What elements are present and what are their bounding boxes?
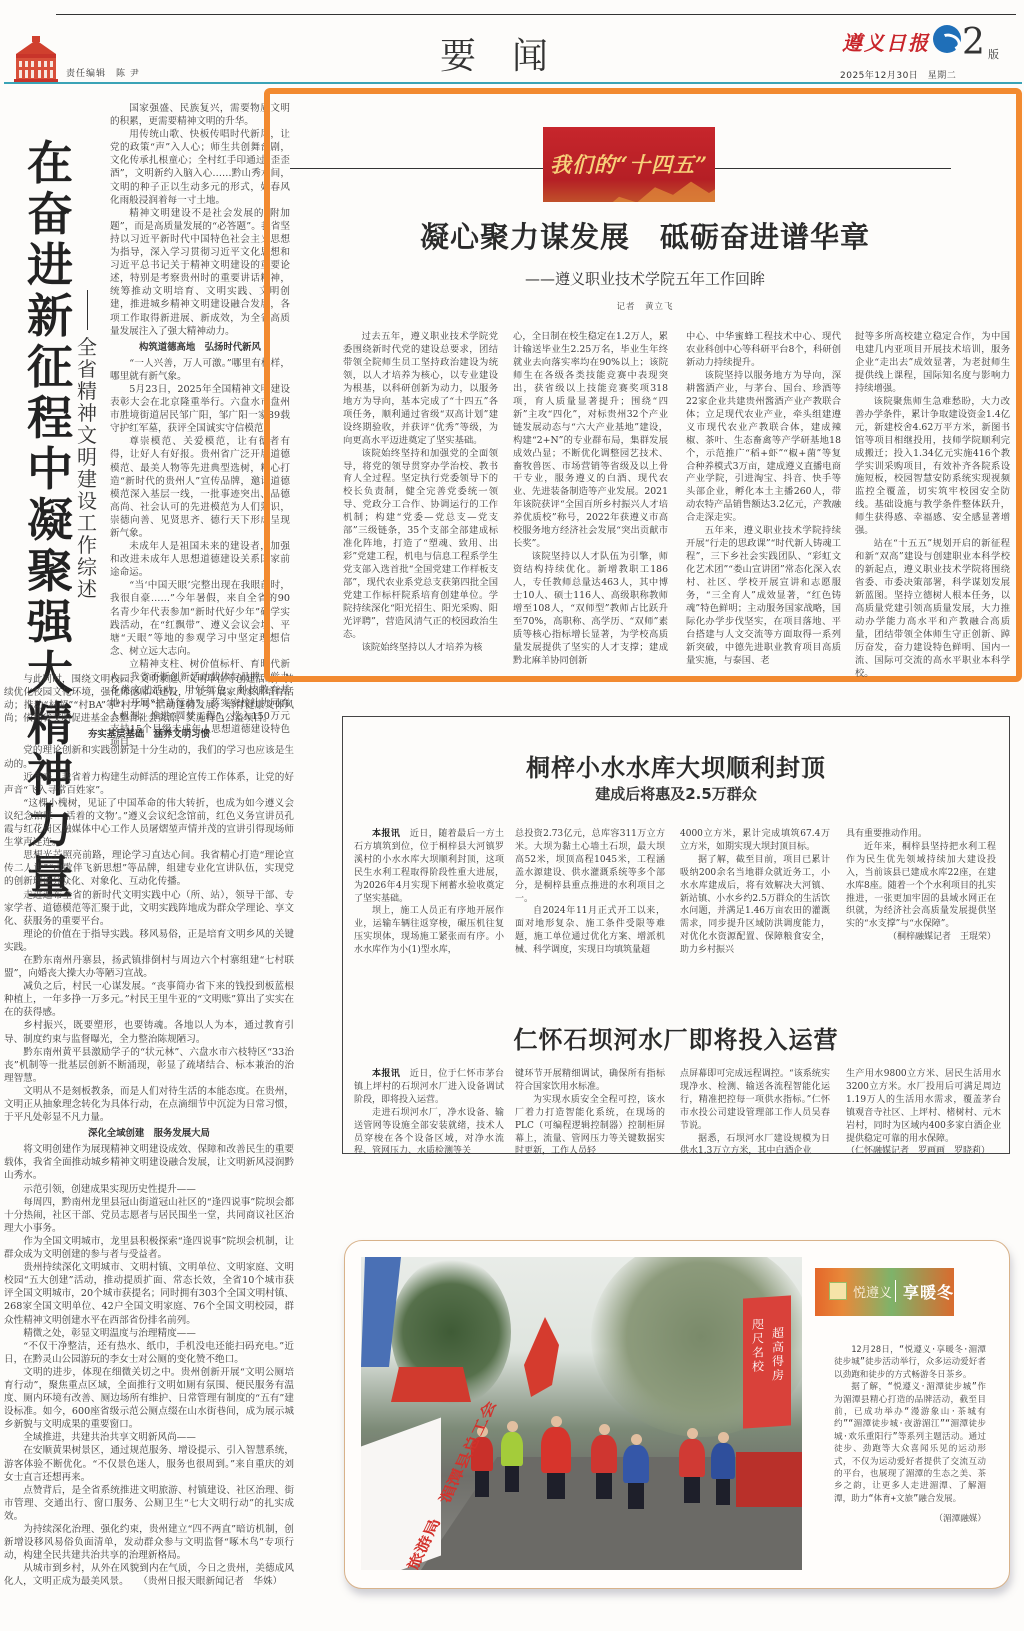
subtitle-char: 神 [74,402,100,424]
photo-credit: （湄潭融媒） [834,1513,986,1525]
paragraph: 与此同时，围绕文明校园、文明家庭、文明单位等创建活动，持续优化校园文化环境，强化… [4,673,294,725]
paragraph: 4000立方米，累计完成填筑67.4万立方米，如期实现大坝封顶目标。 [680,828,830,854]
newspaper-brand-logo-icon [933,25,961,53]
left-article-body-lower: 与此同时，围绕文明校园、文明家庭、文明单位等创建活动，持续优化校园文化环境，强化… [4,673,294,1588]
masthead-bottom-rule [4,82,1022,84]
banner-text: 超高得房 [771,1326,785,1383]
series-banner-label: 我们的“十四五” [543,149,715,179]
paragraph: 理论的价值在于指导实践。移风易俗，正是培育文明乡风的关键实践。 [4,928,294,954]
paragraph: “当‘中国天眼’完整出现在我眼前时，我很自豪……”今年暑假，来自全省的90名青少… [110,579,290,658]
page-number-suffix: 版 [988,46,999,62]
paragraph: 用传统山歌、快板传唱时代新风，让党的政策“声”入人心；师生共创舞台剧，文化传承扎… [110,128,290,207]
series-rule-right [715,168,951,169]
paragraph: 点赞背后，是全省系统推进文明旅游、村镇建设、社区治理、街市管理、交通出行、窗口服… [4,1484,294,1523]
paragraph: “一人兴善，万人可激。”哪里有榜样，哪里就有新气象。 [110,357,290,383]
subtitle-char: 工 [74,512,100,534]
paragraph: 据悉，石坝河水厂建设规模为日供水1.3万立方米，其中白酒企业 [680,1133,830,1159]
renhuai-column-1: 本报讯 近日，位于仁怀市茅台镇上坪村的石坝河水厂进入设备调试阶段，即将投入运营。… [354,1068,504,1158]
masthead: 责任编辑 陈 尹 要闻 遵义日报 2 版 2025年12月30日 星期二 [0,0,1024,86]
paragraph: 键环节开展精细调试，确保所有指标符合国家饮用水标准。 [515,1068,665,1094]
paragraph: 心，全日制在校生稳定在1.2万人，累计输送毕业生2.25万名，毕业生年终就业去向… [513,331,668,551]
featured-byline: 记者 黄立飞 [270,300,1020,312]
paragraph: 该院坚持以人才队伍为引擎，师资结构持续优化。新增教职工186人，专任教师总量达4… [513,551,668,668]
headline-char: 奋 [22,189,78,240]
paragraph: 为实现水质安全全程可控，该水厂着力打造智能化系统，在现场的PLC（可编程逻辑控制… [515,1094,665,1159]
paragraph: 过去五年，遵义职业技术学院党委围绕新时代党的建设总要求，团结带领全院师生员工坚持… [343,331,498,448]
section-heading: 夯实基层基础 涵养文明习惯 [4,728,294,741]
featured-column-2: 心，全日制在校生稳定在1.2万人，累计输送毕业生2.25万名，毕业生年终就业去向… [513,331,668,668]
paragraph: 五年来，遵义职业技术学院持续开展“行走的思政课”“时代新人铸魂工程”，三下乡社会… [686,525,841,667]
runner-figure [541,1427,571,1473]
paragraph: 5月23日，2025年全国精神文明建设表彰大会在北京隆重举行。六盘水市盘州市胜境… [110,383,290,435]
paragraph: 走进石坝河水厂，净水设备、输送管网等设施全部安装就绪，技术人员穿梭在各个设备区域… [354,1107,504,1159]
paragraph: 全域推进，共建共治共享文明新风尚—— [4,1431,294,1444]
paragraph: 总投资2.73亿元，总库容311万立方米。大坝为黏土心墙土石坝，最大坝高52米，… [515,828,665,905]
renhuai-column-2: 键环节开展精细调试，确保所有指标符合国家饮用水标准。 为实现水质安全全程可控，该… [515,1068,665,1158]
paragraph: 坝上，施工人员正有序地开展作业，运输车辆往返穿梭，碾压机往复压实坝体，现场施工紧… [354,905,504,957]
paragraph: 从城市到乡村，从外在风貌到内在气质，今日之贵州，美德成风化人，文明正成为最美风景… [4,1562,294,1588]
section-heading: 深化全域创建 服务发展大局 [4,1127,294,1140]
paragraph: 自2024年11月正式开工以来，面对地形复杂、施工条件受限等难题，施工单位通过优… [515,905,665,957]
paragraph: 挝等多所高校建立稳定合作，为中国电建几内亚项目开展技术培训，服务企业“走出去”成… [855,331,1010,396]
runner-figure [591,1435,617,1473]
paragraph: 据了解，截至目前，项目已累计吸纳200余名当地群众就近务工，小水水库建成后，将有… [680,854,830,957]
paragraph: 黔东南州黄平县激励学子的“状元林”、六盘水市六枝特区“33治丧”机制等一批基层创… [4,1046,294,1085]
masthead-top-rule [56,14,1016,15]
red-flag-icon [524,1317,559,1397]
subtitle-dash [87,290,88,330]
event-signboard: 旅游局 湄潭县总工会 [361,1417,441,1570]
issue-date: 2025年12月30日 星期二 [840,68,956,81]
paragraph: 近日，随着最后一方土石方填筑到位，位于桐梓县大河镇罗溪村的小水水库大坝顺利封顶，… [354,829,504,904]
subtitle-char: 文 [74,424,100,446]
newspaper-brand-name: 遵义日报 [842,27,930,56]
paragraph: 近年来，桐梓县坚持把水利工程作为民生优先领域持续加大建设投入，当前该县已建成水库… [846,841,996,931]
tongzi-headline: 桐梓小水水库大坝顺利封顶 [342,748,1010,783]
headline-char: 征 [22,342,78,393]
series-banner: 我们的“十四五” [543,127,715,202]
reporter-credit: （仁怀融媒记者 罗画画 罗晓莉） [846,1145,1001,1158]
subtitle-char: 述 [74,578,100,600]
series-rule-left [290,168,543,169]
featured-subheadline: ——遵义职业技术学院五年工作回眸 [270,268,1020,289]
subtitle-char: 省 [74,358,100,380]
paragraph: 该院始终坚持和加强党的全面领导，将党的领导贯穿办学治校、教书育人全过程。坚定执行… [343,448,498,642]
yue-zunyi-logo-icon [829,1282,847,1300]
photo-feature-caption: 12月28日，“悦遵义·享暖冬·湄潭徒步城”徒步活动举行，众多运动爱好者以劲跑和… [834,1344,986,1526]
featured-headline: 凝心聚力谋发展 砥砺奋进谱华章 [270,215,1020,256]
badge-city: 悦遵义 [853,1282,892,1301]
tongzi-subheadline: 建成后将惠及2.5万群众 [342,783,1010,804]
red-tent-icon [391,1367,471,1402]
headline-char: 程 [22,393,78,444]
paragraph: “这棵小槐树，见证了中国革命的伟大转折，也成为如今遵义会议纪念馆唯一‘活着的文物… [4,797,294,849]
paragraph: 12月28日，“悦遵义·享暖冬·湄潭徒步城”徒步活动举行，众多运动爱好者以劲跑和… [834,1344,986,1381]
headline-char: 在 [22,138,78,189]
sponsor-board [736,1452,802,1507]
paragraph: 尊崇模范、关爱模范，让有德者有得，让好人有好报。贵州省广泛开展道德模范、最美人物… [110,435,290,540]
paragraph: 作为全国文明城市，龙里县积极探索“逢四说事”院坝会机制，让群众成为文明创建的参与… [4,1235,294,1261]
runner-figure [679,1439,705,1477]
reporter-credit: （桐梓融媒记者 王琨荣） [846,931,996,944]
paragraph: 近年来，我省着力构建生动鲜活的理论宣传工作体系，让党的好声音“飞入寻常百姓家”。 [4,771,294,797]
tongzi-column-2: 总投资2.73亿元，总库容311万立方米。大坝为黏土心墙土石坝，最大坝高52米，… [515,828,665,957]
paragraph: 该院聚焦师生急难愁盼，大力改善办学条件，累计争取建设资金1.4亿元，新建校舍4.… [855,396,1010,538]
column-badge: 悦遵义 享暖冬 [815,1268,954,1316]
paragraph: 生产用水9800立方米、居民生活用水3200立方米。水厂投用后可满足周边1.19… [846,1068,1001,1145]
tongzi-column-3: 4000立方米，累计完成填筑67.4万立方米，如期实现大坝封顶目标。 据了解，截… [680,828,830,957]
renhuai-headline: 仁怀石坝河水厂即将投入运营 [342,1020,1010,1055]
paragraph: 文明从不是刻板教条，而是人们对待生活的本能态度。在贵州，文明正从抽象理念转化为具… [4,1085,294,1124]
left-article-subtitle: 全 省 精 神 文 明 建 设 工 作 综 述 [74,290,100,600]
paragraph: 将文明创建作为展现精神文明建设成效、保障和改善民生的重要载体，我省全面推动城乡精… [4,1143,294,1182]
paragraph: 精神文明建设不是社会发展的“附加题”，而是高质量发展的“必答题”。我省坚持以习近… [110,207,290,338]
banner-text: 咫尺名校 [751,1317,765,1374]
subtitle-char: 精 [74,380,100,402]
paragraph: 站在“十五五”规划开启的新征程和新“双高”建设与创建职业本科学校的新起点，遵义职… [855,538,1010,680]
runner-figure [623,1445,649,1483]
left-article-body-upper: 国家强盛、民族复兴，需要物质文明的积累，更需要精神文明的升华。 用传统山歌、快板… [110,102,290,750]
subtitle-char: 全 [74,336,100,358]
paragraph: 党的理论创新和实践创新是十分生动的，我们的学习也应该是生动的。 [4,744,294,770]
tongzi-column-4: 具有重要推动作用。 近年来，桐梓县坚持把水利工程作为民生优先领域持续加大建设投入… [846,828,996,944]
paragraph: 乡村振兴，既要塑形，也要铸魂。各地以人为本，通过教育引导、制度约束与监督曝光，全… [4,1019,294,1045]
paragraph: 走进遍布全省的新时代文明实践中心（所、站），领导干部、专家学者、道德模范等汇聚于… [4,889,294,928]
hiking-event-photo: 超高得房 咫尺名校 旅游局 湄潭县总工会 [361,1257,802,1570]
paragraph: 精微之处，彰显文明温度与治理精度—— [4,1327,294,1340]
headline-char: 凝 [22,495,78,546]
paragraph: 在黔东南州丹寨县，扬武镇排倒村与周边六个村寨组建“七村联盟”，向婚丧大操大办等陋… [4,954,294,980]
subtitle-char: 建 [74,468,100,490]
runner-figure [501,1432,523,1466]
paragraph: “不仅干净整洁，还有热水、纸巾，手机没电还能扫码充电。”近日，在黔灵山公园游玩的… [4,1340,294,1366]
paragraph: 每周四，黔南州龙里县冠山街道冠山社区的“逢四说事”院坝会都十分热闹，社区干部、党… [4,1196,294,1235]
subtitle-char: 综 [74,556,100,578]
featured-column-3: 中心、中华蜜蜂工程技术中心、现代农业科创中心等科研平台8个，科研创新动力持续提升… [686,331,841,668]
paragraph: 点屏幕即可完成远程调控。“该系统实现净水、检测、输送各流程智能化运行，精准把控每… [680,1068,830,1133]
renhuai-column-4: 生产用水9800立方米、居民生活用水3200立方米。水厂投用后可满足周边1.19… [846,1068,1001,1158]
subtitle-char: 设 [74,490,100,512]
paragraph: 文明的进步，体现在细微关切之中。贵州创新开展“文明公厕培育行动”，聚焦重点区域，… [4,1366,294,1431]
paragraph: 未成年人是祖国未来的建设者，加强和改进未成年人思想道德建设关系国家前途命运。 [110,540,290,579]
paragraph: 中心、中华蜜蜂工程技术中心、现代农业科创中心等科研平台8个，科研创新动力持续提升… [686,331,841,370]
paragraph: 在安顺黄果树景区，通过规范服务、增设提示、引入智慧系统，游客体验不断优化。“不仅… [4,1444,294,1483]
paragraph: 为持续深化治理、强化约束，贵州建立“四不两直”暗访机制，创新增设移风易俗负面清单… [4,1523,294,1562]
subtitle-char: 明 [74,446,100,468]
headline-char: 新 [22,291,78,342]
tongzi-column-1: 本报讯 近日，随着最后一方土石方填筑到位，位于桐梓县大河镇罗溪村的小水水库大坝顺… [354,828,504,957]
paragraph: 该院坚持以服务地方为导向，深耕酱酒产业，与茅台、国台、珍酒等22家企业共建贵州酱… [686,370,841,525]
lead-tag: 本报讯 [372,829,400,839]
runner-figure [711,1443,735,1479]
paragraph: 贵州持续深化文明城市、文明村镇、文明单位、文明家庭、文明校园“五大创建”活动，推… [4,1261,294,1326]
section-heading: 构筑道德高地 弘扬时代新风 [110,341,290,354]
paragraph: 国家强盛、民族复兴，需要物质文明的积累，更需要精神文明的升华。 [110,102,290,128]
featured-column-4: 挝等多所高校建立稳定合作，为中国电建几内亚项目开展技术培训，服务企业“走出去”成… [855,331,1010,681]
paragraph: 该院始终坚持以人才培养为核 [343,642,498,655]
badge-separator [895,1280,896,1302]
paragraph: 具有重要推动作用。 [846,828,996,841]
renhuai-column-3: 点屏幕即可完成远程调控。“该系统实现净水、检测、输送各流程智能化运行，精准把控每… [680,1068,830,1158]
paragraph: 据了解，“悦遵义·湄潭徒步城”作为湄潭县精心打造的品牌活动，截至目前，已成功举办… [834,1381,986,1505]
headline-char: 强 [22,597,78,648]
lead-tag: 本报讯 [372,1069,400,1079]
red-vertical-banner: 超高得房 咫尺名校 [743,1295,791,1428]
badge-name: 享暖冬 [903,1280,954,1303]
paragraph: 思想光芒照亮前路，理论学习直达心间。我省精心打造“理论宣传二人讲”“山歌伴飞新思… [4,849,294,888]
headline-char: 聚 [22,546,78,597]
page-number: 2 [962,22,985,63]
paragraph: 示范引领，创建成果实现历史性提升—— [4,1183,294,1196]
headline-char: 中 [22,444,78,495]
featured-column-1: 过去五年，遵义职业技术学院党委围绕新时代党的建设总要求，团结带领全院师生员工坚持… [343,331,498,655]
headline-char: 进 [22,240,78,291]
paragraph: 减负之后，村民一心谋发展。“丧事简办省下来的钱投到板蓝根种植上，一年多挣一万多元… [4,980,294,1019]
subtitle-char: 作 [74,534,100,556]
